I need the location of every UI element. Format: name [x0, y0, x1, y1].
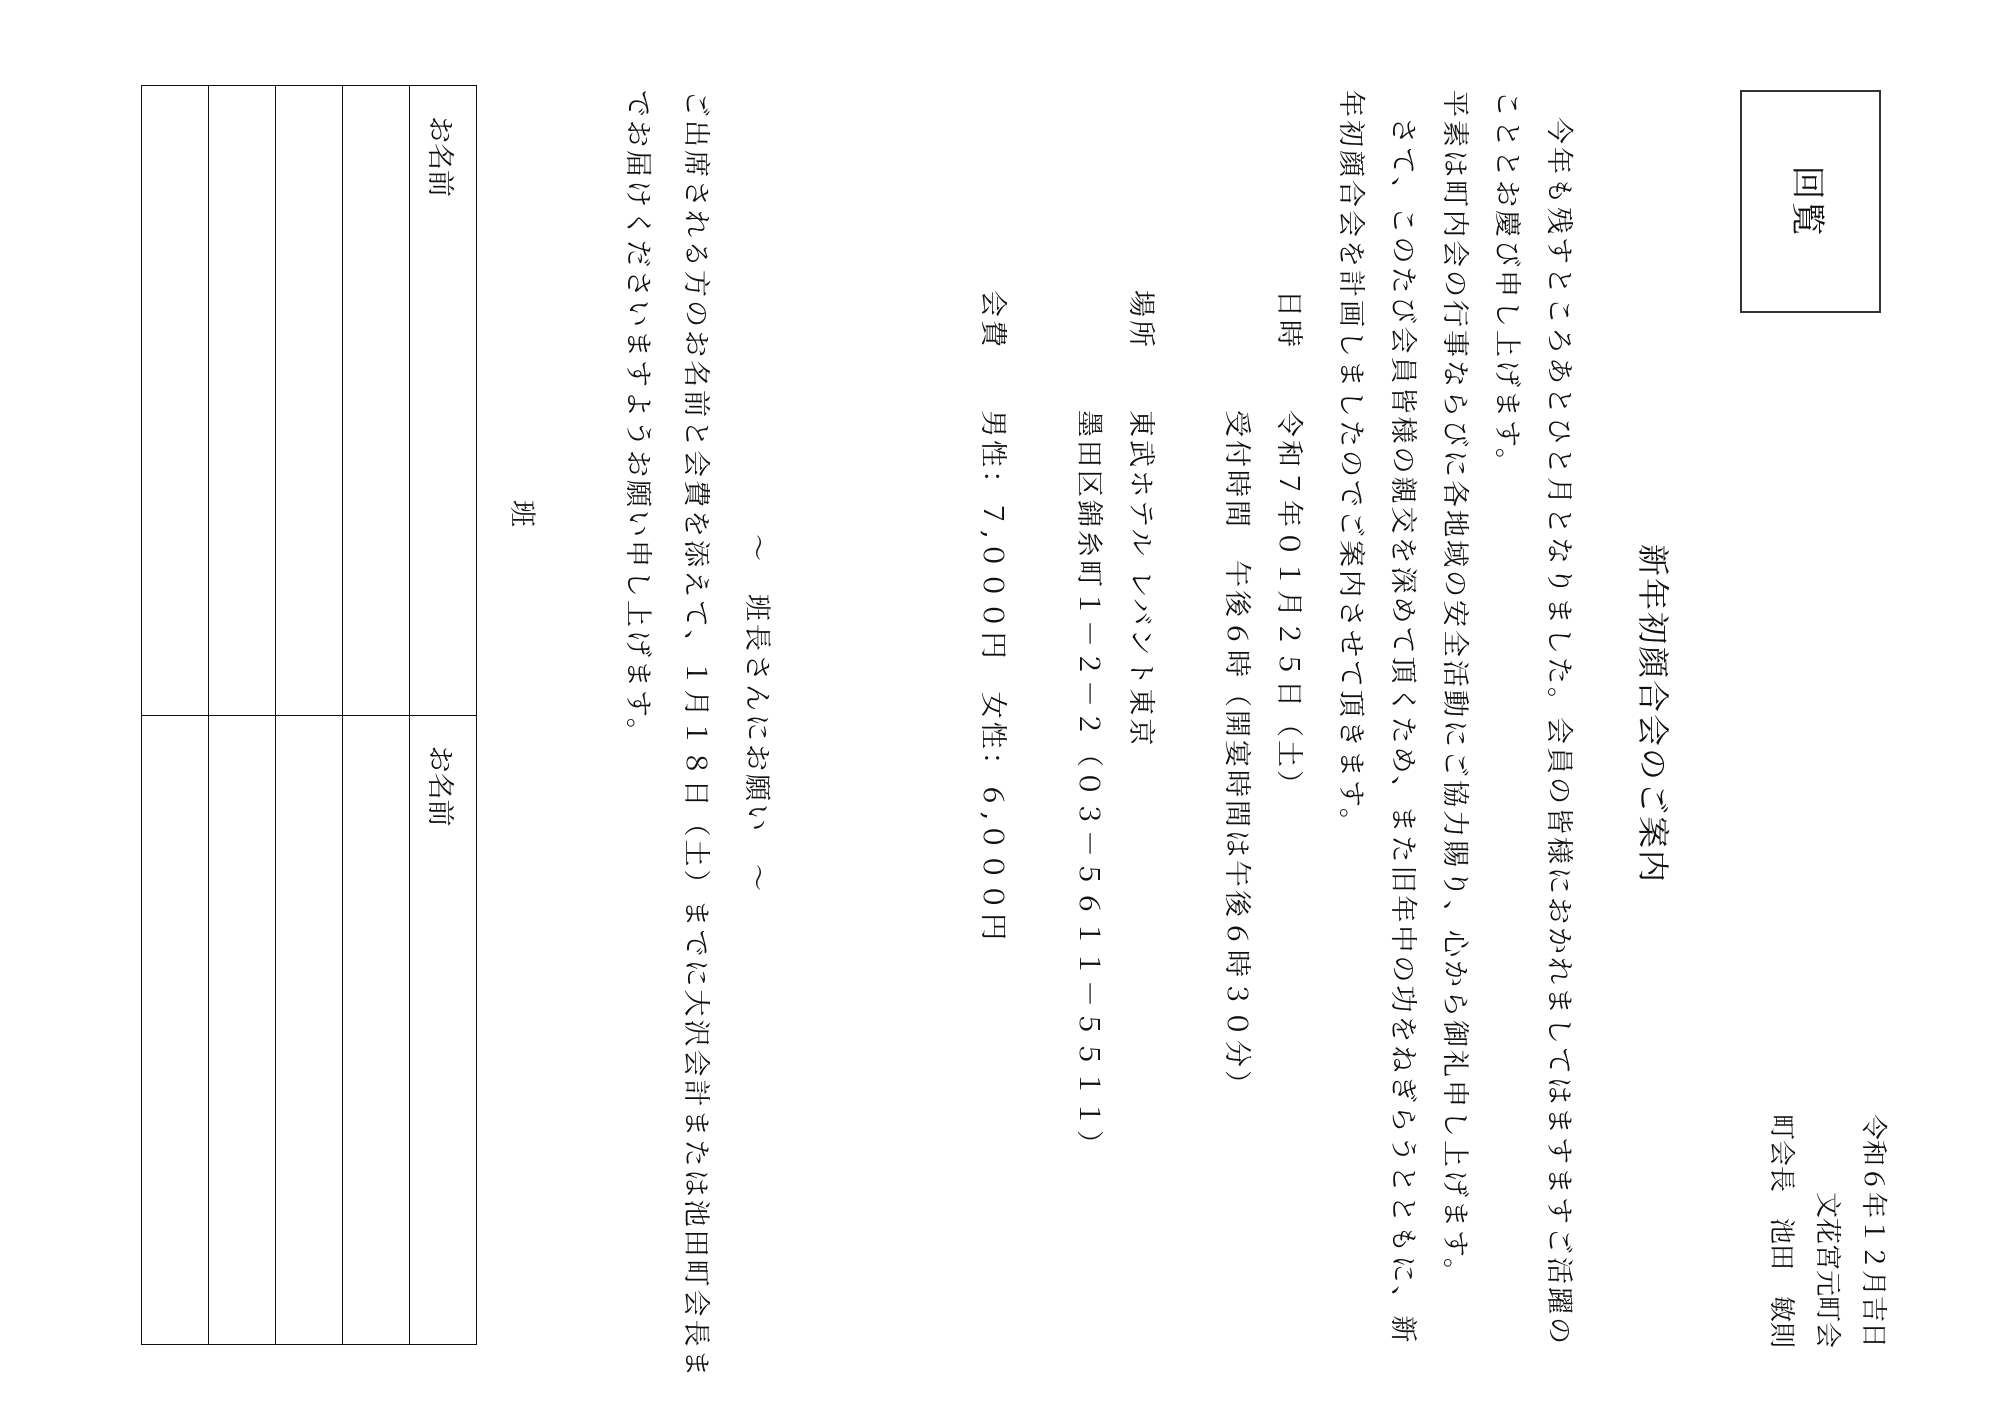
name-cell[interactable]: [209, 86, 276, 716]
document-title: 新年初顔合会のご案内: [1632, 0, 1678, 1428]
greeting-paragraph-3: さて、このたび会員皆様の親交を深めて頂くため、また旧年中の功をねぎらうとともに、…: [1324, 90, 1428, 1360]
datetime-value: 令和７年０１月２５日（土）: [1262, 410, 1314, 800]
name-cell[interactable]: [142, 715, 209, 1345]
place-row: 場所 東武ホテル レバント東京: [1114, 290, 1166, 1160]
greeting-paragraph-2: 平素は町内会の行事ならびに各地域の安全活動にご協力賜り、心から御礼申し上げます。: [1428, 90, 1480, 1360]
reception-time: 受付時間 午後６時（開宴時間は午後６時３０分）: [1210, 290, 1262, 1160]
greeting-paragraph-1: 今年も残すところあとひと月となりました。会員の皆様におかれましてはますますご活躍…: [1480, 90, 1584, 1360]
name-cell[interactable]: [276, 86, 343, 716]
sender-block: 令和６年１２月吉日 文花宮元町会 町会長 池田 敏則: [1758, 1114, 1896, 1348]
request-heading: ～ 班長さんにお願い ～: [740, 0, 779, 1428]
place-value: 東武ホテル レバント東京: [1114, 410, 1166, 748]
place-label: 場所: [1114, 290, 1166, 410]
datetime-row: 日時 令和７年０１月２５日（土）: [1262, 290, 1314, 1160]
sender-name: 町会長 池田 敏則: [1758, 1114, 1804, 1348]
attendee-roster-table: お名前 お名前: [141, 85, 477, 1345]
request-text: ご出席される方のお名前と会費を添えて、１月１８日（土）までに大沢会計または池田町…: [608, 90, 724, 1380]
fee-value: 男性：７,０００円 女性：６,０００円: [966, 410, 1018, 943]
event-details: 日時 令和７年０１月２５日（土） 受付時間 午後６時（開宴時間は午後６時３０分）…: [966, 290, 1314, 1160]
name-header-right: お名前: [410, 715, 477, 1345]
name-cell[interactable]: [343, 715, 410, 1345]
document-page: 回覧 令和６年１２月吉日 文花宮元町会 町会長 池田 敏則 新年初顔合会のご案内…: [0, 0, 2014, 1428]
table-row: [276, 86, 343, 1345]
greeting-body: 今年も残すところあとひと月となりました。会員の皆様におかれましてはますますご活躍…: [1324, 90, 1584, 1360]
circulation-stamp-label: 回覧: [1786, 166, 1835, 238]
name-cell[interactable]: [209, 715, 276, 1345]
table-header-row: お名前 お名前: [410, 86, 477, 1345]
name-cell[interactable]: [343, 86, 410, 716]
table-row: [142, 86, 209, 1345]
table-row: [209, 86, 276, 1345]
name-cell[interactable]: [276, 715, 343, 1345]
organization-name: 文花宮元町会: [1804, 1114, 1850, 1348]
place-address: 墨田区錦糸町１－２－２（０３－５６１１－５５１１）: [1062, 290, 1114, 1160]
datetime-label: 日時: [1262, 290, 1314, 410]
name-cell[interactable]: [142, 86, 209, 716]
fee-label: 会費: [966, 290, 1018, 410]
request-body: ご出席される方のお名前と会費を添えて、１月１８日（土）までに大沢会計または池田町…: [608, 90, 724, 1380]
issue-date: 令和６年１２月吉日: [1850, 1114, 1896, 1348]
name-header-left: お名前: [410, 86, 477, 716]
circulation-stamp-box: 回覧: [1740, 90, 1881, 313]
table-row: [343, 86, 410, 1345]
fee-row: 会費 男性：７,０００円 女性：６,０００円: [966, 290, 1018, 1160]
group-label: 班: [505, 500, 544, 527]
